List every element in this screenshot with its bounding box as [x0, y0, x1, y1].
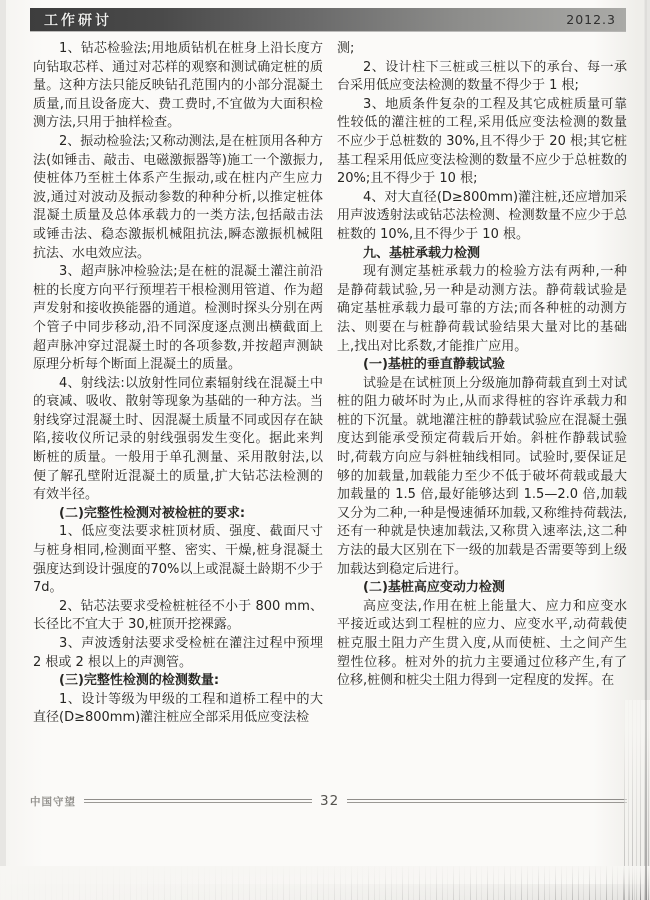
paragraph: (二)完整性检测对被检桩的要求: — [33, 505, 323, 524]
footer-rule-left — [84, 799, 312, 803]
paragraph: 4、射线法:以放射性同位素辐射线在混凝土中的衰减、吸收、散射等现象为基础的一种方… — [33, 375, 323, 505]
article-body: 1、钻芯检验法;用地质钻机在桩身上沿长度方向钻取芯样、通过对芯样的观察和测试确定… — [33, 40, 627, 788]
section-title: 工作研讨 — [44, 10, 112, 30]
scan-edge-line — [645, 0, 647, 900]
section-header-banner: 工作研讨 2012.3 — [30, 8, 626, 31]
paragraph: 4、对大直径(D≥800mm)灌注桩,还应增加采用声波透射法或钻芯法检测、检测数… — [337, 189, 627, 245]
paragraph: 2、设计柱下三桩或三桩以下的承台、每一承台采用低应变法检测的数量不得少于 1 根… — [337, 59, 627, 96]
paragraph: 测; — [337, 40, 627, 59]
issue-date: 2012.3 — [566, 12, 616, 27]
paragraph: 1、设计等级为甲级的工程和道桥工程中的大直径(D≥800mm)灌注桩应全部采用低… — [33, 691, 323, 728]
paragraph: 2、振动检验法;又称动测法,是在桩顶用各种方法(如锤击、敲击、电磁激振器等)施工… — [33, 133, 323, 263]
scanned-page: 工作研讨 2012.3 1、钻芯检验法;用地质钻机在桩身上沿长度方向钻取芯样、通… — [6, 0, 644, 884]
page-number: 32 — [320, 793, 339, 809]
paragraph: (二)基桩高应变动力检测 — [337, 579, 627, 598]
footer-rule-right — [347, 799, 627, 803]
paragraph: 1、钻芯检验法;用地质钻机在桩身上沿长度方向钻取芯样、通过对芯样的观察和测试确定… — [33, 40, 323, 133]
left-column: 1、钻芯检验法;用地质钻机在桩身上沿长度方向钻取芯样、通过对芯样的观察和测试确定… — [33, 40, 323, 788]
paragraph: 九、基桩承载力检测 — [337, 245, 627, 264]
paragraph: 2、钻芯法要求受检桩桩径不小于 800 mm、长径比不宜大于 30,桩顶开挖裸露… — [33, 598, 323, 635]
right-column: 测;2、设计柱下三桩或三桩以下的承台、每一承台采用低应变法检测的数量不得少于 1… — [337, 40, 627, 788]
scan-edge-artifact-bottom — [0, 866, 650, 900]
paragraph: (三)完整性检测的检测数量: — [33, 672, 323, 691]
paragraph: 3、超声脉冲检验法;是在桩的混凝土灌注前沿桩的长度方向平行预埋若干根检测用管道、… — [33, 263, 323, 375]
paragraph: 试验是在试桩顶上分级施加静荷载直到土对试桩的阻力破坏时为止,从而求得桩的容许承载… — [337, 375, 627, 580]
paragraph: 现有测定基桩承载力的检验方法有两种,一种是静荷载试验,另一种是动测方法。静荷载试… — [337, 263, 627, 356]
paragraph: 高应变法,作用在桩上能量大、应力和应变水平接近或达到工程桩的应力、应变水平,动荷… — [337, 598, 627, 691]
page-footer: 中国守望 32 — [30, 792, 627, 810]
paragraph: (一)基桩的垂直静载试验 — [337, 356, 627, 375]
journal-logo: 中国守望 — [30, 794, 76, 809]
paragraph: 3、地质条件复杂的工程及其它成桩质量可靠性较低的灌注桩的工程,采用低应变法检测的… — [337, 96, 627, 189]
paragraph: 1、低应变法要求桩顶材质、强度、截面尺寸与桩身相同,检测面平整、密实、干燥,桩身… — [33, 523, 323, 597]
paragraph: 3、声波透射法要求受检桩在灌注过程中预埋 2 根或 2 根以上的声测管。 — [33, 635, 323, 672]
